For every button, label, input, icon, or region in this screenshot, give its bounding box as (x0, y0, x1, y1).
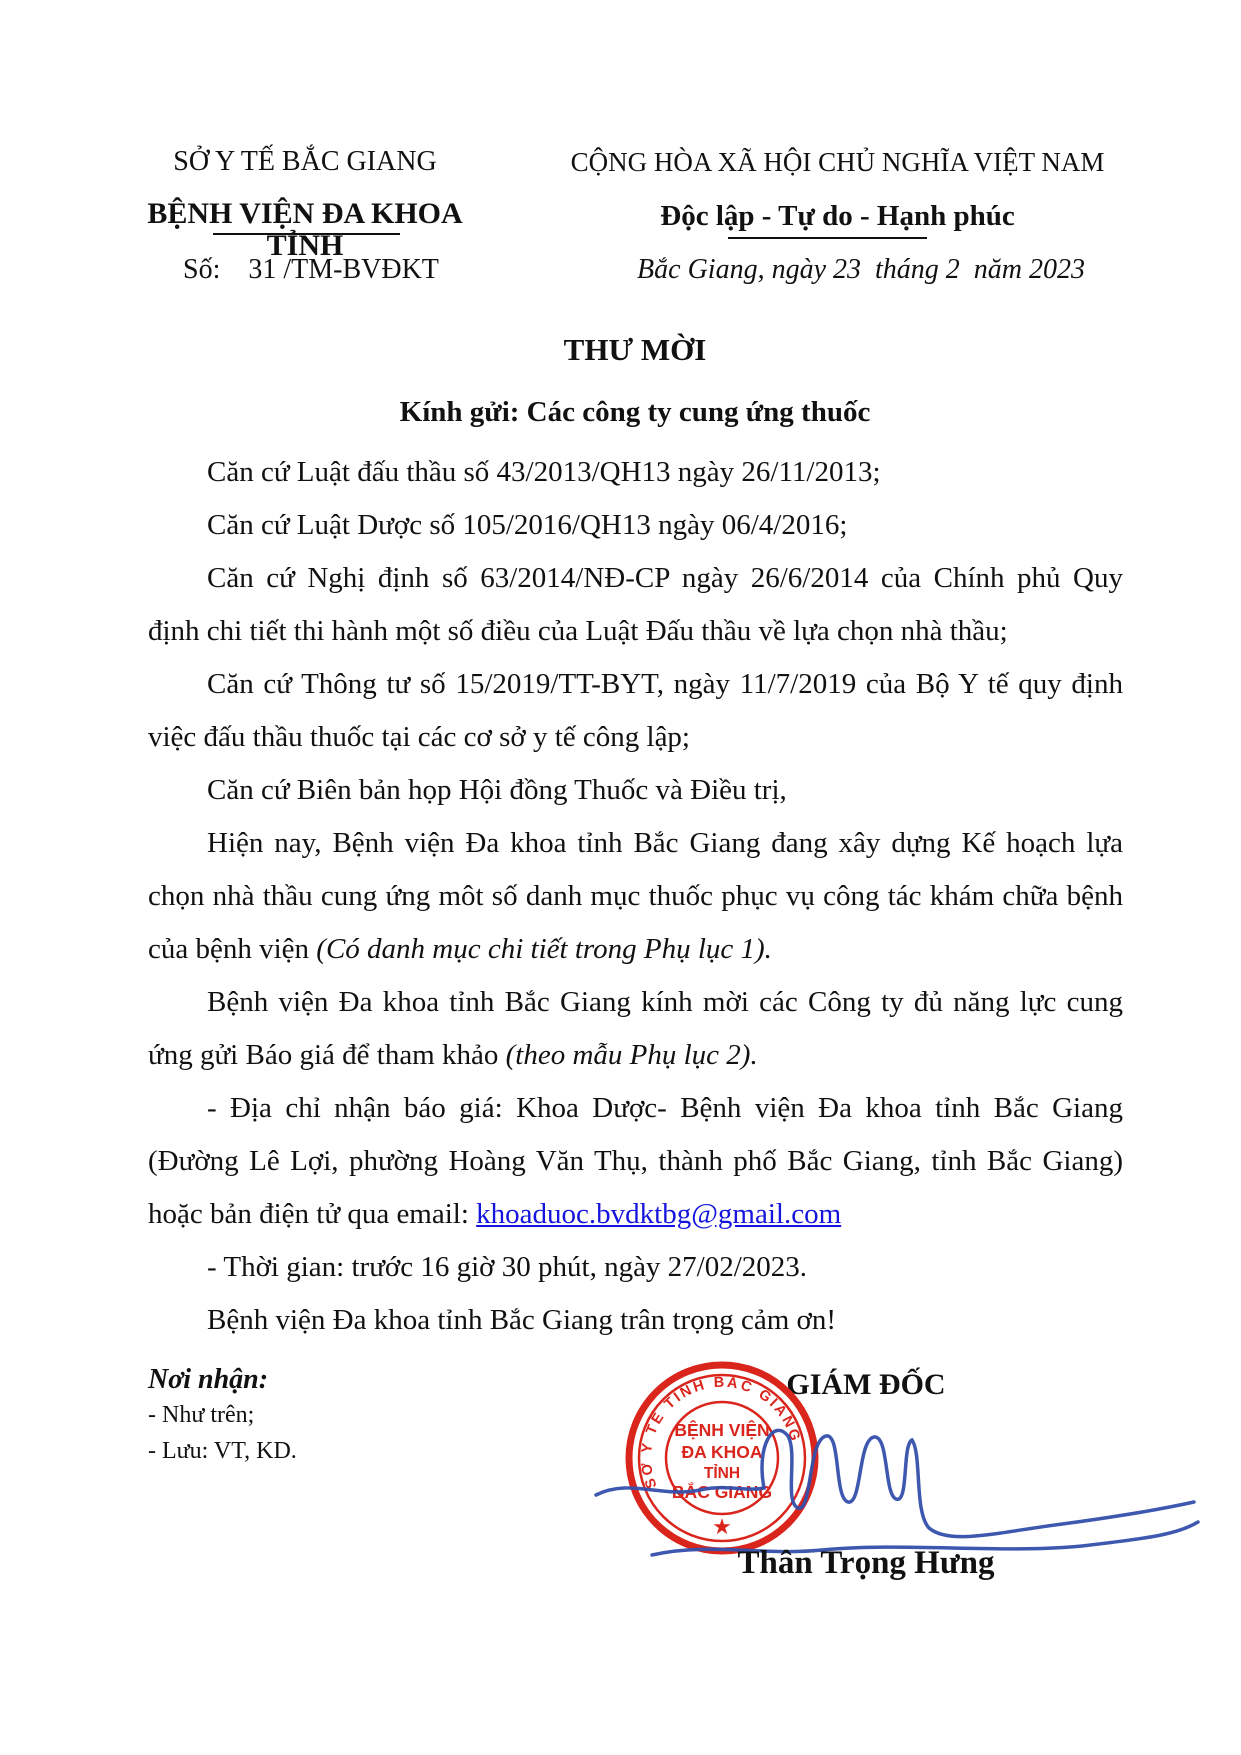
recipient-item: - Lưu: VT, KD. (148, 1438, 297, 1465)
hospital-name: BỆNH VIỆN ĐA KHOA TỈNH (115, 198, 495, 262)
national-motto: Độc lập - Tự do - Hạnh phúc (545, 200, 1130, 232)
paragraph-can-cu-luat-duoc: Căn cứ Luật Dược số 105/2016/QH13 ngày 0… (148, 499, 1123, 552)
paragraph-text: Bệnh viện Đa khoa tỉnh Bắc Giang trân tr… (207, 1304, 836, 1336)
org-header-left: SỞ Y TẾ BẮC GIANG BỆNH VIỆN ĐA KHOA TỈNH (115, 146, 495, 262)
salutation-line: Kính gửi: Các công ty cung ứng thuốc (0, 396, 1241, 429)
paragraph-text: Căn cứ Luật đấu thầu số 43/2013/QH13 ngà… (207, 456, 881, 488)
paragraph-italic-note: (theo mẫu Phụ lục 2). (506, 1039, 758, 1071)
paragraph-can-cu-thong-tu: Căn cứ Thông tư số 15/2019/TT-BYT, ngày … (148, 658, 1123, 764)
signer-name: Thân Trọng Hưng (646, 1545, 1086, 1582)
document-body: Căn cứ Luật đấu thầu số 43/2013/QH13 ngà… (148, 446, 1123, 1347)
paragraph-cam-on: Bệnh viện Đa khoa tỉnh Bắc Giang trân tr… (148, 1294, 1123, 1347)
paragraph-kinh-moi: Bệnh viện Đa khoa tỉnh Bắc Giang kính mờ… (148, 976, 1123, 1082)
signature-stroke-main (596, 1430, 1194, 1536)
paragraph-text: Căn cứ Thông tư số 15/2019/TT-BYT, ngày … (148, 668, 1123, 753)
document-number: Số: 31 /TM-BVĐKT (183, 254, 439, 286)
paragraph-italic-note: (Có danh mục chi tiết trong Phụ lục 1). (316, 933, 772, 965)
paragraph-can-cu-nghi-dinh: Căn cứ Nghị định số 63/2014/NĐ-CP ngày 2… (148, 552, 1123, 658)
parent-org-name: SỞ Y TẾ BẮC GIANG (115, 146, 495, 178)
paragraph-can-cu-luat-dau-thau: Căn cứ Luật đấu thầu số 43/2013/QH13 ngà… (148, 446, 1123, 499)
recipients-label: Nơi nhận: (148, 1364, 268, 1396)
paragraph-thoi-gian: - Thời gian: trước 16 giờ 30 phút, ngày … (148, 1241, 1123, 1294)
motto-underline (728, 237, 927, 239)
paragraph-can-cu-bien-ban: Căn cứ Biên bản họp Hội đồng Thuốc và Đi… (148, 764, 1123, 817)
document-page: SỞ Y TẾ BẮC GIANG BỆNH VIỆN ĐA KHOA TỈNH… (0, 0, 1241, 1755)
paragraph-text: - Thời gian: trước 16 giờ 30 phút, ngày … (207, 1251, 807, 1283)
paragraph-hien-nay: Hiện nay, Bệnh viện Đa khoa tỉnh Bắc Gia… (148, 817, 1123, 976)
paragraph-text: Căn cứ Luật Dược số 105/2016/QH13 ngày 0… (207, 509, 847, 541)
recipient-item: - Như trên; (148, 1402, 254, 1429)
document-title: THƯ MỜI (0, 332, 1241, 368)
place-date-line: Bắc Giang, ngày 23 tháng 2 năm 2023 (590, 254, 1085, 286)
paragraph-dia-chi: - Địa chỉ nhận báo giá: Khoa Dược- Bệnh … (148, 1082, 1123, 1241)
org-name-underline (213, 233, 400, 235)
paragraph-text: Căn cứ Nghị định số 63/2014/NĐ-CP ngày 2… (148, 562, 1123, 647)
paragraph-text: Căn cứ Biên bản họp Hội đồng Thuốc và Đi… (207, 774, 787, 806)
org-header-right: CỘNG HÒA XÃ HỘI CHỦ NGHĨA VIỆT NAM Độc l… (545, 146, 1130, 232)
email-link[interactable]: khoaduoc.bvdktbg@gmail.com (476, 1198, 841, 1230)
national-title: CỘNG HÒA XÃ HỘI CHỦ NGHĨA VIỆT NAM (545, 146, 1130, 178)
